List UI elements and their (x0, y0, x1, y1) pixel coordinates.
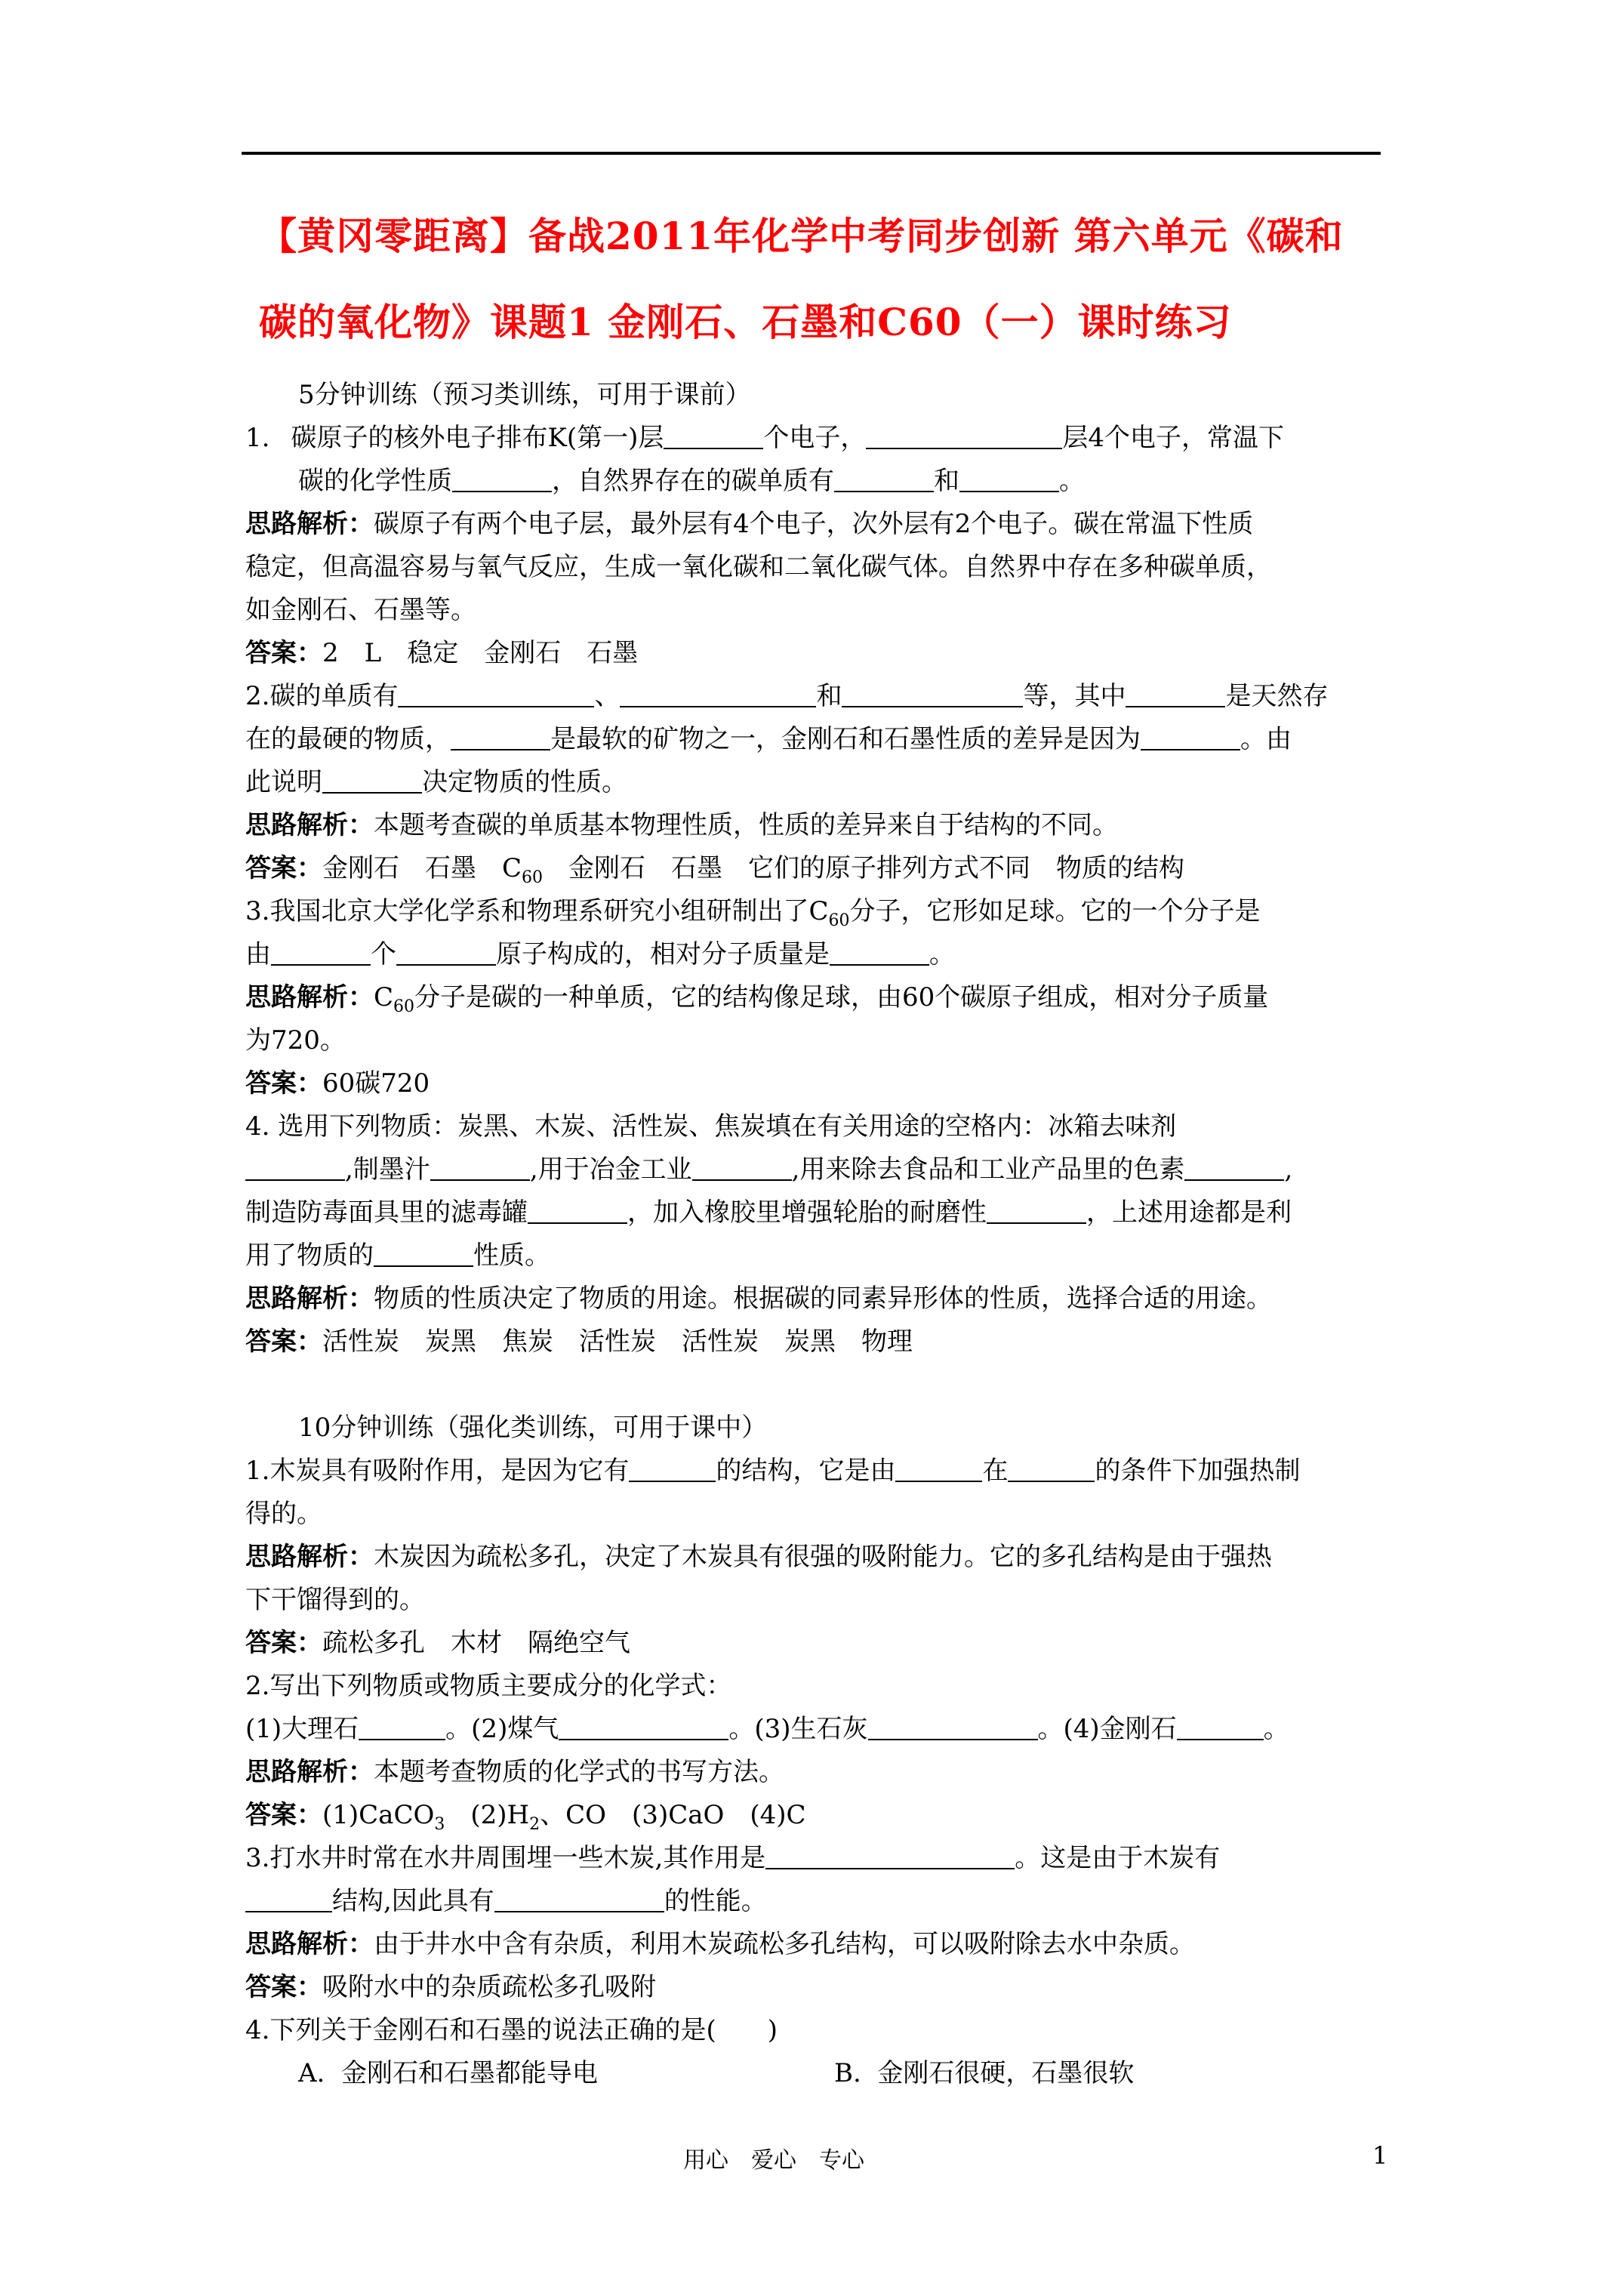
fill-blank (245, 1888, 332, 1912)
analysis-label: 思路解析： (245, 1757, 374, 1787)
fill-blank (374, 1243, 473, 1267)
question-text: 、 (594, 681, 620, 711)
fill-blank (987, 1200, 1086, 1224)
subscript: 3 (434, 1815, 445, 1834)
question-text: 和 (816, 681, 842, 711)
s1-q3-analysis: 思路解析：C60分子是碳的一种单质，它的结构像足球，由60个碳原子组成，相对分子… (245, 976, 1397, 1019)
subscript: 60 (522, 868, 543, 887)
question-text: 。(4)金刚石 (1038, 1714, 1177, 1744)
analysis-text: 本题考查碳的单质基本物理性质，性质的差异来自于结构的不同。 (374, 810, 1118, 840)
answer-text: 金刚石 石墨 C (322, 853, 522, 883)
fill-blank (692, 1157, 792, 1181)
s1-q4-line4: 用了物质的性质。 (245, 1234, 1397, 1277)
question-text: 碳原子的核外电子排布K(第一)层 (291, 423, 664, 453)
subscript: 60 (393, 997, 414, 1016)
s2-q3-answer: 答案：吸附水中的杂质疏松多孔吸附 (245, 1966, 1397, 2009)
s1-q2-line2: 在的最硬的物质，是最软的矿物之一，金刚石和石墨性质的差异是因为。由 (245, 718, 1397, 761)
question-text: ,用于冶金工业 (530, 1154, 692, 1185)
question-text: 制造防毒面具里的滤毒罐 (245, 1197, 528, 1228)
analysis-label: 思路解析： (245, 1284, 374, 1314)
analysis-text: 由于井水中含有杂质，利用木炭疏松多孔结构，可以吸附除去水中杂质。 (374, 1929, 1195, 1959)
analysis-label: 思路解析： (245, 509, 374, 539)
s1-q2-line1: 2.碳的单质有、和等，其中是天然存 (245, 675, 1397, 718)
answer-label: 答案： (245, 853, 322, 883)
fill-blank (834, 468, 934, 492)
s1-q2-line3: 此说明决定物质的性质。 (245, 761, 1397, 804)
fill-blank (359, 1716, 445, 1740)
document-page: 【黄冈零距离】备战2011年化学中考同步创新 第六单元《碳和 碳的氧化物》课题1… (0, 0, 1623, 2296)
s2-q3-line2: 结构,因此具有的性能。 (245, 1880, 1397, 1923)
fill-blank (271, 942, 371, 966)
question-text: 等，其中 (1023, 681, 1126, 711)
question-text: 个 (371, 939, 396, 969)
analysis-text: 物质的性质决定了物质的用途。根据碳的同素异形体的性质，选择合适的用途。 (374, 1284, 1272, 1314)
question-text: 。由 (1240, 724, 1292, 754)
question-text: 结构,因此具有 (332, 1886, 494, 1916)
answer-label: 答案： (245, 1628, 322, 1658)
question-text: 用了物质的 (245, 1240, 374, 1271)
s1-q3-answer: 答案：60碳720 (245, 1062, 1397, 1105)
question-text: 和 (934, 466, 959, 496)
option-label: B. (834, 2058, 861, 2088)
question-text: ，上述用途都是利 (1086, 1197, 1292, 1228)
s1-q4-analysis: 思路解析：物质的性质决定了物质的用途。根据碳的同素异形体的性质，选择合适的用途。 (245, 1277, 1397, 1321)
option-label: A. (298, 2058, 325, 2088)
question-text: 此说明 (245, 767, 322, 797)
analysis-text: 本题考查物质的化学式的书写方法。 (374, 1757, 784, 1787)
s1-q2-answer: 答案：金刚石 石墨 C60 金刚石 石墨 它们的原子排列方式不同 物质的结构 (245, 847, 1397, 890)
subscript: 60 (828, 911, 849, 930)
fill-blank (620, 683, 816, 707)
question-text: 由 (245, 939, 271, 969)
question-text: 2.碳的单质有 (245, 681, 398, 711)
fill-blank (396, 942, 496, 966)
question-text: 是最软的矿物之一，金刚石和石墨性质的差异是因为 (550, 724, 1141, 754)
question-text: 。 (1059, 466, 1085, 496)
s1-q4-line2: ,制墨汁,用于冶金工业,用来除去食品和工业产品里的色素, (245, 1148, 1397, 1191)
s2-q1-line2: 得的。 (245, 1493, 1397, 1536)
analysis-text: 分子是碳的一种单质，它的结构像足球，由60个碳原子组成，相对分子质量 (414, 982, 1268, 1012)
s1-q1-answer: 答案：2 L 稳定 金刚石 石墨 (245, 632, 1397, 675)
fill-blank (452, 468, 552, 492)
question-text: 。(2)煤气 (445, 1714, 559, 1744)
question-text: 。(3)生石灰 (728, 1714, 867, 1744)
s2-q3-analysis: 思路解析：由于井水中含有杂质，利用木炭疏松多孔结构，可以吸附除去水中杂质。 (245, 1923, 1397, 1966)
question-number: 1. (245, 423, 269, 453)
s2-q1-analysis: 思路解析：木炭因为疏松多孔，决定了木炭具有很强的吸附能力。它的多孔结构是由于强热 (245, 1536, 1397, 1579)
question-text: ,用来除去食品和工业产品里的色素 (792, 1154, 1185, 1185)
question-text: 个电子， (763, 423, 866, 453)
answer-label: 答案： (245, 1800, 322, 1830)
s2-q1-answer: 答案：疏松多孔 木材 隔绝空气 (245, 1622, 1397, 1665)
question-text: 性质。 (473, 1240, 550, 1271)
answer-text: 金刚石 石墨 它们的原子排列方式不同 物质的结构 (543, 853, 1184, 883)
question-text: ,制墨汁 (345, 1154, 430, 1185)
analysis-label: 思路解析： (245, 1542, 374, 1572)
s2-q2-answer: 答案：(1)CaCO3 (2)H2、CO (3)CaO (4)C (245, 1794, 1397, 1837)
fill-blank (664, 425, 763, 449)
option-text: 金刚石很硬，石墨很软 (877, 2058, 1134, 2088)
answer-text: 活性炭 炭黑 焦炭 活性炭 活性炭 炭黑 物理 (322, 1327, 913, 1357)
fill-blank (451, 726, 550, 750)
answer-label: 答案： (245, 638, 322, 668)
section-spacer (245, 1364, 1397, 1407)
answer-text: 60碳720 (322, 1068, 430, 1099)
fill-blank (1177, 1716, 1264, 1740)
option-b: B. 金刚石很硬，石墨很软 (834, 2052, 1134, 2095)
answer-text: (1)CaCO (322, 1800, 434, 1830)
document-title-line-1: 【黄冈零距离】备战2011年化学中考同步创新 第六单元《碳和 (259, 214, 1406, 259)
question-text: 碳的化学性质 (298, 466, 452, 496)
fill-blank (322, 769, 422, 794)
footer-motto: 用心 爱心 专心 (683, 2141, 864, 2174)
s2-q1-analysis-cont: 下干馏得到的。 (245, 1579, 1397, 1622)
answer-label: 答案： (245, 1068, 322, 1099)
s1-q2-analysis: 思路解析：本题考查碳的单质基本物理性质，性质的差异来自于结构的不同。 (245, 804, 1397, 847)
question-text: 原子构成的，相对分子质量是 (496, 939, 830, 969)
question-text: 在的最硬的物质， (245, 724, 451, 754)
s2-q4-stem: 4.下列关于金刚石和石墨的说法正确的是( ) (245, 2009, 1397, 2052)
fill-blank (959, 468, 1059, 492)
question-text: 分子，它形如足球。它的一个分子是 (849, 896, 1260, 926)
option-text: 金刚石和石墨都能导电 (341, 2058, 598, 2088)
fill-blank (842, 683, 1023, 707)
question-text: ，自然界存在的碳单质有 (552, 466, 834, 496)
fill-blank (765, 1845, 1015, 1869)
answer-text: 疏松多孔 木材 隔绝空气 (322, 1628, 630, 1658)
s2-q1-line1: 1.木炭具有吸附作用，是因为它有的结构，它是由在的条件下加强热制 (245, 1450, 1397, 1493)
s2-q4-options: A. 金刚石和石墨都能导电 B. 金刚石很硬，石墨很软 (245, 2052, 1397, 2095)
fill-blank (494, 1888, 664, 1912)
s1-q3-line1: 3.我国北京大学化学系和物理系研究小组研制出了C60分子，它形如足球。它的一个分… (245, 890, 1397, 933)
analysis-text: C (374, 982, 393, 1012)
fill-blank (895, 1458, 982, 1482)
question-text: 。这是由于木炭有 (1015, 1843, 1220, 1873)
answer-text: 、CO (3)CaO (4)C (540, 1800, 805, 1830)
subscript: 2 (529, 1815, 540, 1834)
question-text: 。 (929, 939, 955, 969)
question-text: 在 (982, 1456, 1008, 1486)
analysis-label: 思路解析： (245, 1929, 374, 1959)
analysis-text: 碳原子有两个电子层，最外层有4个电子，次外层有2个电子。碳在常温下性质 (374, 509, 1253, 539)
fill-blank (559, 1716, 728, 1740)
fill-blank (398, 683, 594, 707)
header-rule (242, 152, 1381, 155)
document-body: 5分钟训练（预习类训练，可用于课前） 1.碳原子的核外电子排布K(第一)层个电子… (245, 374, 1397, 2095)
question-text: 层4个电子，常温下 (1062, 423, 1284, 453)
s2-q2-line2: (1)大理石。(2)煤气。(3)生石灰。(4)金刚石。 (245, 1708, 1397, 1751)
s2-q2-line1: 2.写出下列物质或物质主要成分的化学式： (245, 1665, 1397, 1708)
fill-blank (830, 942, 929, 966)
s1-q1-analysis-cont: 稳定，但高温容易与氧气反应，生成一氧化碳和二氧化碳气体。自然界中存在多种碳单质， (245, 546, 1397, 589)
answer-label: 答案： (245, 1327, 322, 1357)
section-heading-5min: 5分钟训练（预习类训练，可用于课前） (245, 374, 1397, 417)
fill-blank (868, 1716, 1038, 1740)
s2-q3-line1: 3.打水井时常在水井周围埋一些木炭,其作用是。这是由于木炭有 (245, 1837, 1397, 1880)
fill-blank (528, 1200, 627, 1224)
option-a: A. 金刚石和石墨都能导电 (298, 2058, 598, 2088)
fill-blank (1008, 1458, 1095, 1482)
document-title-line-2: 碳的氧化物》课题1 金刚石、石墨和C60（一）课时练习 (259, 300, 1406, 345)
s1-q3-line2: 由个原子构成的，相对分子质量是。 (245, 933, 1397, 976)
question-text: 。 (1264, 1714, 1289, 1744)
question-text: 决定物质的性质。 (422, 767, 627, 797)
fill-blank (1184, 1157, 1284, 1181)
s1-q4-answer: 答案：活性炭 炭黑 焦炭 活性炭 活性炭 炭黑 物理 (245, 1321, 1397, 1364)
fill-blank (245, 1157, 345, 1181)
question-text: , (1284, 1154, 1292, 1185)
fill-blank (866, 425, 1062, 449)
s1-q1-line2: 碳的化学性质，自然界存在的碳单质有和。 (245, 460, 1397, 503)
question-text: 的性能。 (664, 1886, 767, 1916)
analysis-label: 思路解析： (245, 982, 374, 1012)
s1-q1-line1: 1.碳原子的核外电子排布K(第一)层个电子，层4个电子，常温下 (245, 417, 1397, 460)
s1-q1-analysis-cont: 如金刚石、石墨等。 (245, 589, 1397, 632)
fill-blank (1126, 683, 1225, 707)
fill-blank (629, 1458, 716, 1482)
section-heading-10min: 10分钟训练（强化类训练，可用于课中） (245, 1407, 1397, 1450)
s1-q3-analysis-cont: 为720。 (245, 1019, 1397, 1062)
question-text: 是天然存 (1225, 681, 1328, 711)
question-text: 3.打水井时常在水井周围埋一些木炭,其作用是 (245, 1843, 765, 1873)
answer-text: 2 L 稳定 金刚石 石墨 (322, 638, 638, 668)
s1-q4-line1: 4. 选用下列物质：炭黑、木炭、活性炭、焦炭填在有关用途的空格内：冰箱去味剂 (245, 1105, 1397, 1148)
question-text: ，加入橡胶里增强轮胎的耐磨性 (627, 1197, 987, 1228)
answer-text: 吸附水中的杂质疏松多孔吸附 (322, 1972, 656, 2002)
question-text: 的结构，它是由 (716, 1456, 895, 1486)
analysis-text: 木炭因为疏松多孔，决定了木炭具有很强的吸附能力。它的多孔结构是由于强热 (374, 1542, 1272, 1572)
analysis-label: 思路解析： (245, 810, 374, 840)
fill-blank (430, 1157, 530, 1181)
answer-label: 答案： (245, 1972, 322, 2002)
question-text: 的条件下加强热制 (1095, 1456, 1300, 1486)
question-text: 3.我国北京大学化学系和物理系研究小组研制出了C (245, 896, 828, 926)
page-number: 1 (1372, 2141, 1387, 2170)
s2-q2-analysis: 思路解析：本题考查物质的化学式的书写方法。 (245, 1751, 1397, 1794)
s1-q4-line3: 制造防毒面具里的滤毒罐，加入橡胶里增强轮胎的耐磨性，上述用途都是利 (245, 1191, 1397, 1234)
answer-text: (2)H (445, 1800, 529, 1830)
s1-q1-analysis: 思路解析：碳原子有两个电子层，最外层有4个电子，次外层有2个电子。碳在常温下性质 (245, 503, 1397, 546)
question-text: (1)大理石 (245, 1714, 359, 1744)
fill-blank (1141, 726, 1240, 750)
question-text: 1.木炭具有吸附作用，是因为它有 (245, 1456, 629, 1486)
